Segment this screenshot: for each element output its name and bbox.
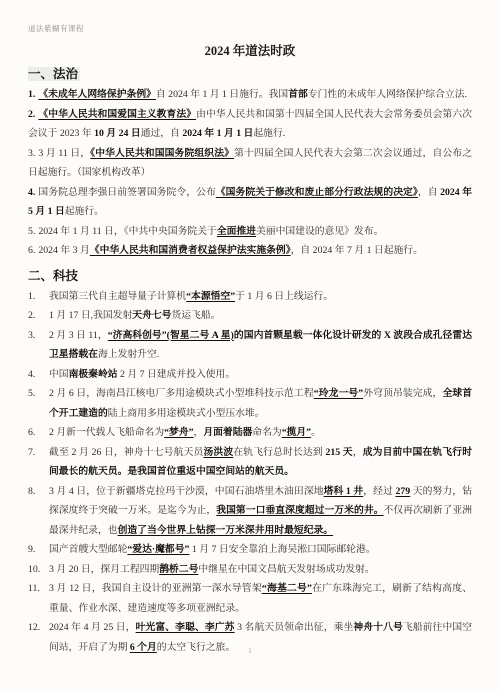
text-segment: 陆上商用多用途模块式小型压水堆。 [108,408,265,419]
text-segment: 命名为 [252,427,281,438]
text-segment: 国产首艘大型邮轮 [49,544,127,555]
item-number: 9. [28,540,49,560]
item-number: 1. [28,287,49,307]
text-segment: 美丽中国建设的意见》发布。 [256,226,383,237]
item-text: 2 月新一代载人飞船命名为“梦舟”，月面着陆器命名为“揽月”。 [49,423,472,443]
document-page: 道法紫蝴有课程 2024 年道法时政 一、法治1.《未成年人网络保护条例》自 2… [0,0,500,691]
text-segment: 3 名航天员领命出征，乘坐 [235,622,354,633]
list-item: 1.我国第三代自主超导量子计算机“本源悟空”于 1 月 6 日上线运行。 [28,287,472,307]
highlighted-term: 《国务院关于修改和废止部分行政法规的决定》 [216,187,418,198]
text-segment: 专门性的未成年人网络保护综合立法. [308,89,467,100]
text-segment: 2 月 6 日，海南昌江核电厂多用途模块式小型堆科技示范工程 [49,388,314,399]
item-number: 7. [28,443,49,482]
highlighted-term: 我国第一口垂直深度超过一万米的井。 [216,505,383,516]
item-text: 1 月 17 日,我国发射天舟七号货运飞船。 [49,306,472,326]
text-segment: 1 月 17 日,我国发射 [49,310,132,321]
sections: 一、法治1.《未成年人网络保护条例》自 2024 年 1 月 1 日施行。我国首… [28,64,472,657]
item-number: 8. [28,482,49,541]
highlighted-term: 天舟七号 [132,310,171,321]
highlighted-term: “玲龙一号” [314,388,363,399]
highlighted-term: “本源悟空” [186,291,235,302]
text-segment: 海上发射升空. [98,349,159,360]
text-segment: 在轨飞行总时长达到 [233,447,325,458]
list-item: 1.《未成年人网络保护条例》自 2024 年 1 月 1 日施行。我国首部专门性… [28,85,472,105]
item-text: 《中华人民共和国爱国主义教育法》由中华人民共和国第十四届全国人民代表大会常务委员… [28,109,472,140]
highlighted-term: “梦舟” [164,427,193,438]
watermark-text: 道法紫蝴有课程 [28,24,472,34]
list-item: 4.国务院总理李强日前签署国务院令，公布《国务院关于修改和废止部分行政法规的决定… [28,183,472,222]
highlighted-term: 《中华人民共和国国务院组织法》 [90,148,234,159]
list-item: 7.截至 2 月 26 日，神舟十七号航天员汤洪波在轨飞行总时长达到 215 天… [28,443,472,482]
item-text: 3 月 11 日，《中华人民共和国国务院组织法》第十四届全国人民代表大会第二次会… [28,148,472,179]
item-text: 3 月 20 日，探月工程四期鹊桥二号中继星在中国文昌航天发射场成功发射。 [49,560,472,580]
highlighted-term: 10 月 24 日 [94,128,141,139]
section-heading: 一、法治 [28,64,472,82]
highlighted-term: 神舟十八号 [353,622,402,633]
item-number: 3. [28,326,49,365]
highlighted-term: 全面推进 [217,226,256,237]
text-segment: 3 月 12 日，我国自主设计的亚洲第一深水导管架 [49,583,262,594]
highlighted-term: “爱达·魔都号” [127,544,189,555]
text-segment: 起施行. [253,128,285,139]
highlighted-term: 279 [396,486,411,497]
text-segment: 2 月 7 日建成并投入使用。 [118,369,236,380]
item-text: 我国第三代自主超导量子计算机“本源悟空”于 1 月 6 日上线运行。 [49,287,472,307]
highlighted-term: “济高科创号”(智星二号 A 星) [108,330,234,341]
item-text: 2 月 6 日，海南昌江核电厂多用途模块式小型堆科技示范工程“玲龙一号”外穹顶吊… [49,384,472,423]
text-segment: ，自 2024 年 7 月 1 日起施行。 [291,245,423,256]
item-number: 11. [28,579,49,618]
item-text: 国务院总理李强日前签署国务院令，公布《国务院关于修改和废止部分行政法规的决定》，… [28,187,472,218]
page-title: 2024 年道法时政 [28,41,472,59]
text-segment: 3 月 20 日，探月工程四期 [49,564,159,575]
list-item: 4.中国南极秦岭站 2 月 7 日建成并投入使用。 [28,365,472,385]
section-heading-label: 二、科技 [28,269,78,283]
text-segment: 2024 年 3 月 [38,245,89,256]
highlighted-term: 《未成年人网络保护条例》 [38,89,156,100]
text-segment: ， [194,427,204,438]
list-item: 11.3 月 12 日，我国自主设计的亚洲第一深水导管架“海基二号”在广东珠海完… [28,579,472,618]
item-number: 3. [28,148,35,159]
text-segment: 1 月 7 日安全靠泊上海吴淞口国际邮轮港。 [189,544,375,555]
text-segment: 3 月 4 日，位于新疆塔克拉玛干沙漠，中国石油塔里木油田深地 [49,486,324,497]
highlighted-term: 2024 年 1 月 1 日 [182,128,253,139]
text-segment: 截至 2 月 26 日，神舟十七号航天员 [49,447,203,458]
item-number: 5. [28,226,35,237]
list-item: 3.3 月 11 日，《中华人民共和国国务院组织法》第十四届全国人民代表大会第二… [28,144,472,183]
list-item: 10.3 月 20 日，探月工程四期鹊桥二号中继星在中国文昌航天发射场成功发射。 [28,560,472,580]
item-text: 中国南极秦岭站 2 月 7 日建成并投入使用。 [49,365,472,385]
text-segment: ， [353,447,363,458]
item-text: 截至 2 月 26 日，神舟十七号航天员汤洪波在轨飞行总时长达到 215 天，成… [49,443,472,482]
list-item: 2.1 月 17 日,我国发射天舟七号货运飞船。 [28,306,472,326]
list-item: 5.2024 年 1 月 11 日，《中共中央国务院关于全面推进美丽中国建设的意… [28,222,472,242]
item-text: 3 月 12 日，我国自主设计的亚洲第一深水导管架“海基二号”在广东珠海完工，刷… [49,579,472,618]
text-segment: ，自 [418,187,440,198]
highlighted-term: “海基二号” [262,583,312,594]
item-number: 1. [28,89,35,100]
text-segment: 通过，自 [141,128,183,139]
section-heading: 二、科技 [28,266,472,284]
text-segment: 货运飞船。 [171,310,220,321]
item-number: 6. [28,245,35,256]
text-segment: 我国第三代自主超导量子计算机 [49,291,186,302]
list-item: 9.国产首艘大型邮轮“爱达·魔都号” 1 月 7 日安全靠泊上海吴淞口国际邮轮港… [28,540,472,560]
item-text: 3 月 4 日，位于新疆塔克拉玛干沙漠，中国石油塔里木油田深地塔科 1 井，经过… [49,482,472,541]
item-number: 6. [28,423,49,443]
text-segment: 中国 [49,369,69,380]
list-item: 6.2 月新一代载人飞船命名为“梦舟”，月面着陆器命名为“揽月”。 [28,423,472,443]
text-segment: 。 [311,427,321,438]
highlighted-term: 创造了当今世界上钻探一万米深井用时最短纪录。 [118,525,334,536]
page-number: 1 [0,646,500,655]
highlighted-term: 汤洪波 [203,447,233,458]
item-text: 国产首艘大型邮轮“爱达·魔都号” 1 月 7 日安全靠泊上海吴淞口国际邮轮港。 [49,540,472,560]
item-number: 10. [28,560,49,580]
highlighted-term: 215 天 [326,447,353,458]
item-number: 2. [28,109,35,120]
list-item: 6.2024 年 3 月《中华人民共和国消费者权益保护法实施条例》，自 2024… [28,241,472,261]
text-segment: 起施行。 [65,206,104,217]
list-item: 8.3 月 4 日，位于新疆塔克拉玛干沙漠，中国石油塔里木油田深地塔科 1 井，… [28,482,472,541]
text-segment: 2 月 3 日 11， [49,330,108,341]
item-text: 2 月 3 日 11，“济高科创号”(智星二号 A 星)的国内首颗星载一体化设计… [49,326,472,365]
text-segment: 国务院总理李强日前签署国务院令，公布 [38,187,215,198]
text-segment: 3 月 11 日， [38,148,90,159]
highlighted-term: 《中华人民共和国消费者权益保护法实施条例》 [90,245,291,256]
highlighted-term: 月面着陆器 [203,427,252,438]
section: 二、科技1.我国第三代自主超导量子计算机“本源悟空”于 1 月 6 日上线运行。… [28,266,472,658]
item-number: 2. [28,306,49,326]
item-text: 2024 年 1 月 11 日，《中共中央国务院关于全面推进美丽中国建设的意见》… [38,226,383,237]
text-segment: 2024 年 4 月 25 日， [49,622,136,633]
highlighted-term: 叶光富、李聪、李广苏 [136,622,235,633]
item-text: 2024 年 3 月《中华人民共和国消费者权益保护法实施条例》，自 2024 年… [38,245,423,256]
highlighted-term: 塔科 1 井 [324,486,364,497]
item-text: 《未成年人网络保护条例》自 2024 年 1 月 1 日施行。我国首部专门性的未… [38,89,467,100]
highlighted-term: 首部 [288,89,308,100]
section-heading-label: 一、法治 [28,67,80,81]
highlighted-term: 鹊桥二号 [159,564,198,575]
highlighted-term: 《中华人民共和国爱国主义教育法》 [38,109,196,120]
text-segment: ，经过 [363,486,395,497]
text-segment: 2024 年 1 月 11 日，《中共中央国务院关于 [38,226,216,237]
item-number: 5. [28,384,49,423]
text-segment: 于 1 月 6 日上线运行。 [235,291,333,302]
highlighted-term: 南极秦岭站 [69,369,118,380]
section: 一、法治1.《未成年人网络保护条例》自 2024 年 1 月 1 日施行。我国首… [28,64,472,261]
text-segment: 2 月新一代载人飞船命名为 [49,427,164,438]
list-item: 3.2 月 3 日 11，“济高科创号”(智星二号 A 星)的国内首颗星载一体化… [28,326,472,365]
item-number: 4. [28,187,35,198]
text-segment: 中继星在中国文昌航天发射场成功发射。 [198,564,374,575]
item-number: 4. [28,365,49,385]
text-segment: 外穹顶吊装完成， [363,388,442,399]
list-item: 2.《中华人民共和国爱国主义教育法》由中华人民共和国第十四届全国人民代表大会常务… [28,105,472,144]
text-segment: 自 2024 年 1 月 1 日施行。我国 [156,89,288,100]
list-item: 5.2 月 6 日，海南昌江核电厂多用途模块式小型堆科技示范工程“玲龙一号”外穹… [28,384,472,423]
highlighted-term: “揽月” [282,427,311,438]
